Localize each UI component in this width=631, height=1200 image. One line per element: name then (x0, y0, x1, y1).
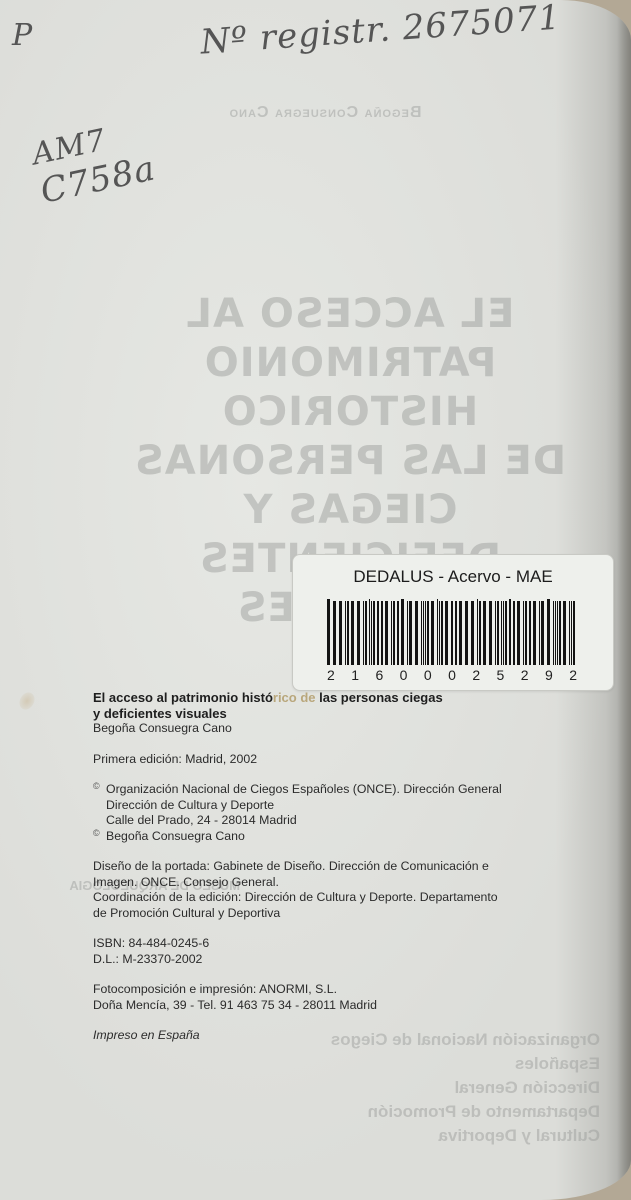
barcode-digit: 2 (521, 667, 529, 683)
copyright-author: © Begoña Consuegra Cano (93, 829, 563, 845)
copyright-line: Begoña Consuegra Cano (106, 829, 563, 845)
title-text-faded: rico de (273, 690, 316, 705)
handwritten-registration-number: Nº registr. 2675071 (199, 0, 562, 63)
show-through-bottom: Organización Nacional de Ciegos Españole… (300, 1028, 600, 1148)
title-text: las personas ciegas (316, 690, 443, 705)
barcode-icon (327, 599, 577, 665)
book-title-line2: y deficientes visuales (93, 706, 563, 722)
book-author: Begoña Consuegra Cano (93, 721, 563, 737)
show-through-title-line: DE LAS PERSONAS (100, 437, 600, 486)
barcode-digit: 2 (327, 667, 335, 683)
cover-design-credit: Diseño de la portada: Gabinete de Diseño… (93, 859, 563, 890)
show-through-author: Begoña Consuegra Cano (200, 104, 450, 122)
show-through-bottom-line: Dirección General (300, 1076, 600, 1100)
credit-line: Diseño de la portada: Gabinete de Diseño… (93, 859, 563, 875)
credit-line: Doña Mencía, 39 - Tel. 91 463 75 34 - 28… (93, 998, 563, 1014)
barcode-digit: 0 (400, 667, 408, 683)
colophon: El acceso al patrimonio histórico de las… (93, 690, 563, 1044)
barcode-digit: 2 (472, 667, 480, 683)
coordination-credit: Coordinación de la edición: Dirección de… (93, 890, 563, 921)
show-through-title-line: EL ACCESO AL (100, 290, 600, 339)
book-page: P Nº registr. 2675071 AM7 C758a Begoña C… (0, 0, 631, 1200)
label-title: DEDALUS - Acervo - MAE (293, 567, 613, 587)
copyright-line: Calle del Prado, 24 - 28014 Madrid (106, 813, 563, 829)
page-edge-shadow (617, 0, 631, 1200)
printed-in: Impreso en España (93, 1028, 563, 1044)
barcode-digit: 6 (375, 667, 383, 683)
library-barcode-label: DEDALUS - Acervo - MAE 21600025292 (292, 554, 614, 691)
barcode-digit: 2 (569, 667, 577, 683)
paper-stain (16, 690, 37, 713)
barcode-digit: 5 (497, 667, 505, 683)
copyright-icon: © (93, 826, 100, 842)
handwritten-corner-mark: P (12, 18, 33, 53)
credit-line: Fotocomposición e impresión: ANORMI, S.L… (93, 982, 563, 998)
book-title-line1: El acceso al patrimonio histórico de las… (93, 690, 563, 706)
barcode-digit: 0 (448, 667, 456, 683)
copyright-line: Organización Nacional de Ciegos Españole… (106, 782, 563, 798)
barcode-digit: 9 (545, 667, 553, 683)
barcode-digit: 0 (424, 667, 432, 683)
legal-deposit: D.L.: M-23370-2002 (93, 952, 563, 968)
show-through-title-line: PATRIMONIO HISTORICO (100, 339, 600, 437)
title-text: El acceso al patrimonio histó (93, 690, 273, 705)
copyright-once: © Organización Nacional de Ciegos Españo… (93, 782, 563, 829)
show-through-title-line: CIEGAS Y (100, 486, 600, 535)
barcode-digits: 21600025292 (327, 667, 577, 683)
credit-line: Imagen. ONCE. Consejo General. (93, 875, 563, 891)
printing-credit: Fotocomposición e impresión: ANORMI, S.L… (93, 982, 563, 1013)
edition-info: Primera edición: Madrid, 2002 (93, 752, 563, 768)
isbn: ISBN: 84-484-0245-6 (93, 936, 563, 952)
copyright-line: Dirección de Cultura y Deporte (106, 798, 563, 814)
credit-line: Coordinación de la edición: Dirección de… (93, 890, 563, 906)
copyright-icon: © (93, 779, 100, 795)
credit-line: de Promoción Cultural y Deportiva (93, 906, 563, 922)
barcode-digit: 1 (351, 667, 359, 683)
show-through-bottom-line: Departamento de Promoción Cultural y Dep… (300, 1100, 600, 1148)
